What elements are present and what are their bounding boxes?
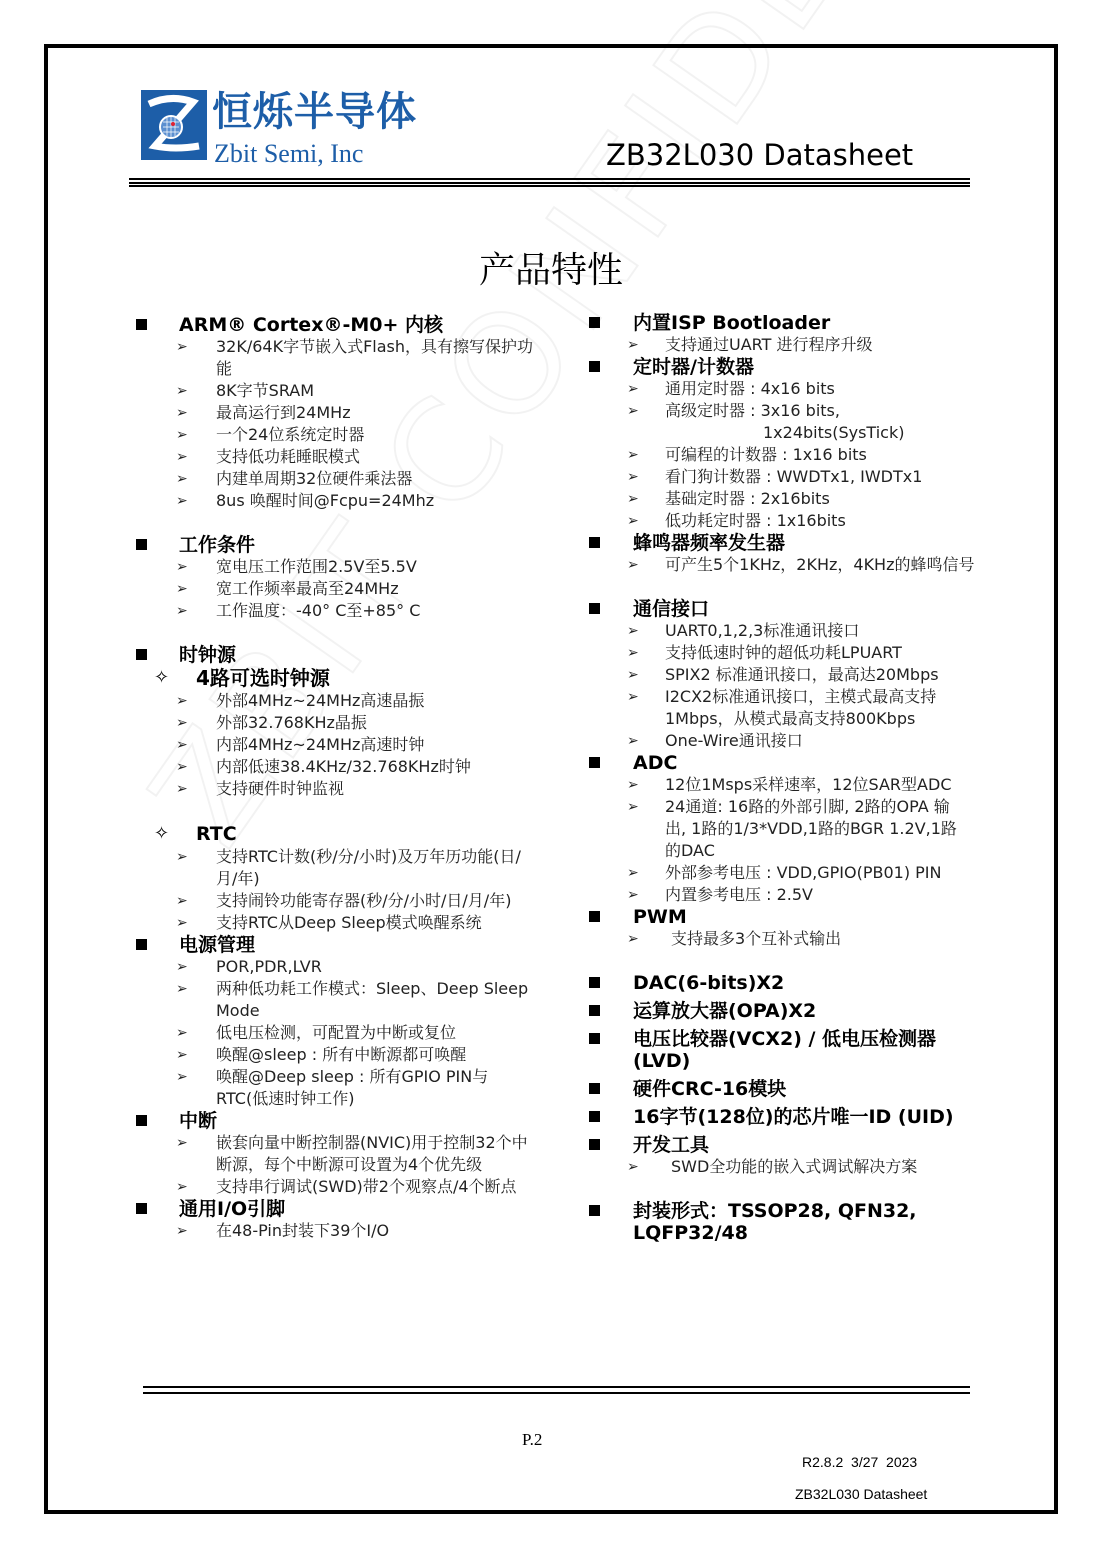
section-title: 电压比较器(VCX2) / 低电压检测器(LVD) (633, 1028, 963, 1072)
list-item: ➢内建单周期32位硬件乘法器 (136, 468, 536, 490)
section-power: 电源管理 ➢POR,PDR,LVR ➢两种低功耗工作模式：Sleep、Deep … (136, 934, 536, 1110)
section-title: 电源管理 (179, 934, 255, 956)
diamond-bullet-icon: ✧ (154, 822, 180, 846)
list-item: ➢一个24位系统定时器 (136, 424, 536, 446)
square-bullet-icon (136, 1203, 147, 1214)
arrow-bullet-icon: ➢ (136, 556, 216, 578)
section-clock: 时钟源 ✧4路可选时钟源 ➢外部4MHz~24MHz高速晶振 ➢外部32.768… (136, 644, 536, 934)
arrow-bullet-icon: ➢ (136, 380, 216, 402)
arrow-bullet-icon: ➢ (589, 444, 665, 466)
square-bullet-icon (589, 537, 600, 548)
list-item: ➢One-Wire通讯接口 (589, 730, 1009, 752)
section-title: ARM® Cortex®-M0+ 内核 (179, 314, 443, 336)
list-item: ➢UART0,1,2,3标准通讯接口 (589, 620, 1009, 642)
square-bullet-icon (589, 1083, 600, 1094)
section-dac: DAC(6-bits)X2 (589, 972, 1009, 994)
arrow-bullet-icon: ➢ (136, 978, 216, 1000)
list-item: ➢支持低速时钟的超低功耗LPUART (589, 642, 1009, 664)
list-item: ➢低电压检测，可配置为中断或复位 (136, 1022, 536, 1044)
list-item: ➢内部低速38.4KHz/32.768KHz时钟 (136, 756, 536, 778)
list-item: ➢可编程的计数器 : 1x16 bits (589, 444, 1009, 466)
square-bullet-icon (136, 1115, 147, 1126)
arrow-bullet-icon: ➢ (136, 956, 216, 978)
brand-name-english: Zbit Semi, Inc (214, 141, 363, 167)
list-item: ➢支持RTC计数(秒/分/小时)及万年历功能(日/月/年) (136, 846, 536, 890)
arrow-bullet-icon: ➢ (589, 334, 665, 356)
square-bullet-icon (589, 977, 600, 988)
square-bullet-icon (589, 361, 600, 372)
arrow-bullet-icon: ➢ (589, 686, 665, 708)
section-title: 封装形式：TSSOP28, QFN32, LQFP32/48 (633, 1200, 933, 1244)
list-item: ➢基础定时器 : 2x16bits (589, 488, 1009, 510)
section-isp: 内置ISP Bootloader ➢支持通过UART 进行程序升级 (589, 312, 1009, 356)
arrow-bullet-icon: ➢ (136, 1132, 216, 1154)
arrow-bullet-icon: ➢ (136, 402, 216, 424)
arrow-bullet-icon: ➢ (136, 600, 216, 622)
subsection-title: 4路可选时钟源 (196, 666, 330, 690)
list-item: ➢支持RTC从Deep Sleep模式唤醒系统 (136, 912, 536, 934)
section-pwm: PWM ➢支持最多3个互补式输出 (589, 906, 1009, 950)
arrow-bullet-icon: ➢ (589, 774, 665, 796)
arrow-bullet-icon: ➢ (136, 1066, 216, 1088)
list-item: ➢最高运行到24MHz (136, 402, 536, 424)
arrow-bullet-icon: ➢ (136, 1220, 216, 1242)
list-item: ➢POR,PDR,LVR (136, 956, 536, 978)
arrow-bullet-icon: ➢ (136, 890, 216, 912)
arrow-bullet-icon: ➢ (136, 690, 216, 712)
arrow-bullet-icon: ➢ (589, 928, 665, 950)
arrow-bullet-icon: ➢ (136, 490, 216, 512)
section-timers: 定时器/计数器 ➢通用定时器 : 4x16 bits ➢高级定时器 : 3x16… (589, 356, 1009, 532)
subsection-title: RTC (196, 822, 237, 846)
diamond-bullet-icon: ✧ (154, 666, 180, 690)
list-item: ➢SWD全功能的嵌入式调试解决方案 (589, 1156, 1009, 1178)
section-buzzer: 蜂鸣器频率发生器 ➢可产生5个1KHz，2KHz，4KHz的蜂鸣信号 (589, 532, 1009, 576)
arrow-bullet-icon: ➢ (589, 466, 665, 488)
list-item: ➢两种低功耗工作模式：Sleep、Deep Sleep Mode (136, 978, 536, 1022)
brand-name-chinese: 恒烁半导体 (212, 92, 417, 132)
section-adc: ADC ➢12位1Msps采样速率，12位SAR型ADC ➢24通道: 16路的… (589, 752, 1009, 906)
square-bullet-icon (589, 603, 600, 614)
section-title: PWM (633, 906, 687, 928)
list-item: ➢嵌套向量中断控制器(NVIC)用于控制32个中断源，每个中断源可设置为4个优先… (136, 1132, 536, 1176)
list-item: ➢唤醒@Deep sleep : 所有GPIO PIN与RTC(低速时钟工作) (136, 1066, 536, 1110)
section-title: 通信接口 (633, 598, 709, 620)
square-bullet-icon (589, 757, 600, 768)
section-communication: 通信接口 ➢UART0,1,2,3标准通讯接口 ➢支持低速时钟的超低功耗LPUA… (589, 598, 1009, 752)
square-bullet-icon (589, 1111, 600, 1122)
section-package: 封装形式：TSSOP28, QFN32, LQFP32/48 (589, 1200, 1009, 1244)
arrow-bullet-icon: ➢ (589, 554, 665, 576)
arrow-bullet-icon: ➢ (136, 1022, 216, 1044)
section-title: 通用I/O引脚 (179, 1198, 285, 1220)
section-core: ARM® Cortex®-M0+ 内核 ➢32K/64K字节嵌入式Flash，具… (136, 314, 536, 512)
section-title: DAC(6-bits)X2 (633, 972, 784, 994)
list-item: ➢高级定时器 : 3x16 bits, (589, 400, 1009, 422)
list-item: ➢外部32.768KHz晶振 (136, 712, 536, 734)
list-item: ➢支持硬件时钟监视 (136, 778, 536, 800)
list-item: ➢在48-Pin封装下39个I/O (136, 1220, 536, 1242)
list-item: ➢SPIX2 标准通讯接口，最高达20Mbps (589, 664, 1009, 686)
section-title: 开发工具 (633, 1134, 709, 1156)
list-item: ➢内置参考电压 : 2.5V (589, 884, 1009, 906)
section-voltage-comparator: 电压比较器(VCX2) / 低电压检测器(LVD) (589, 1028, 1009, 1072)
list-item: ➢看门狗计数器 : WWDTx1, IWDTx1 (589, 466, 1009, 488)
section-uid: 16字节(128位)的芯片唯一ID (UID) (589, 1106, 1009, 1128)
square-bullet-icon (589, 1033, 600, 1044)
list-item: ➢支持串行调试(SWD)带2个观察点/4个断点 (136, 1176, 536, 1198)
section-title: ADC (633, 752, 677, 774)
list-item: ➢外部4MHz~24MHz高速晶振 (136, 690, 536, 712)
list-item: ➢工作温度：-40° C至+85° C (136, 600, 536, 622)
section-title: 16字节(128位)的芯片唯一ID (UID) (633, 1106, 954, 1128)
arrow-bullet-icon: ➢ (136, 578, 216, 600)
square-bullet-icon (136, 649, 147, 660)
left-column: ARM® Cortex®-M0+ 内核 ➢32K/64K字节嵌入式Flash，具… (136, 314, 536, 1242)
footer-divider (143, 1386, 970, 1394)
section-title: 中断 (179, 1110, 217, 1132)
arrow-bullet-icon: ➢ (136, 734, 216, 756)
list-item: ➢支持闹铃功能寄存器(秒/分/小时/日/月/年) (136, 890, 536, 912)
revision-date: R2.8.2 3/27 2023 (802, 1454, 917, 1470)
arrow-bullet-icon: ➢ (589, 400, 665, 422)
section-title: 定时器/计数器 (633, 356, 754, 378)
page-heading: 产品特性 (0, 253, 1102, 289)
list-item: ➢24通道: 16路的外部引脚, 2路的OPA 输出, 1路的1/3*VDD,1… (589, 796, 1009, 862)
list-item: ➢支持最多3个互补式输出 (589, 928, 1009, 950)
arrow-bullet-icon: ➢ (136, 846, 216, 868)
arrow-bullet-icon: ➢ (136, 1044, 216, 1066)
section-title: 时钟源 (179, 644, 236, 666)
document-title: ZB32L030 Datasheet (606, 141, 913, 170)
square-bullet-icon (589, 1139, 600, 1150)
section-interrupt: 中断 ➢嵌套向量中断控制器(NVIC)用于控制32个中断源，每个中断源可设置为4… (136, 1110, 536, 1198)
list-item: ➢低功耗定时器 : 1x16bits (589, 510, 1009, 532)
arrow-bullet-icon: ➢ (589, 796, 665, 818)
section-title: 硬件CRC-16模块 (633, 1078, 786, 1100)
list-item: ➢8us 唤醒时间@Fcpu=24Mhz (136, 490, 536, 512)
arrow-bullet-icon: ➢ (136, 336, 216, 358)
list-item: ➢宽工作频率最高至24MHz (136, 578, 536, 600)
list-item: ➢内部4MHz~24MHz高速时钟 (136, 734, 536, 756)
list-item: ➢I2CX2标准通讯接口，主模式最高支持1Mbps，从模式最高支持800Kbps (589, 686, 1009, 730)
section-conditions: 工作条件 ➢宽电压工作范围2.5V至5.5V ➢宽工作频率最高至24MHz ➢工… (136, 534, 536, 622)
section-crc: 硬件CRC-16模块 (589, 1078, 1009, 1100)
list-item: ➢可产生5个1KHz，2KHz，4KHz的蜂鸣信号 (589, 554, 1009, 576)
arrow-bullet-icon: ➢ (589, 510, 665, 532)
arrow-bullet-icon: ➢ (136, 468, 216, 490)
section-opa: 运算放大器(OPA)X2 (589, 1000, 1009, 1022)
list-item: ➢宽电压工作范围2.5V至5.5V (136, 556, 536, 578)
footer-document-title: ZB32L030 Datasheet (795, 1486, 927, 1502)
section-title: 运算放大器(OPA)X2 (633, 1000, 816, 1022)
arrow-bullet-icon: ➢ (589, 730, 665, 752)
page-number: P.2 (522, 1430, 542, 1450)
list-item: ➢支持低功耗睡眠模式 (136, 446, 536, 468)
zbit-logo-icon (141, 90, 207, 160)
square-bullet-icon (589, 1205, 600, 1216)
square-bullet-icon (589, 317, 600, 328)
list-item: ➢支持通过UART 进行程序升级 (589, 334, 1009, 356)
square-bullet-icon (136, 939, 147, 950)
section-title: 内置ISP Bootloader (633, 312, 830, 334)
arrow-bullet-icon: ➢ (136, 446, 216, 468)
square-bullet-icon (589, 1005, 600, 1016)
arrow-bullet-icon: ➢ (589, 488, 665, 510)
right-column: 内置ISP Bootloader ➢支持通过UART 进行程序升级 定时器/计数… (589, 312, 1009, 1244)
list-item: ➢唤醒@sleep : 所有中断源都可唤醒 (136, 1044, 536, 1066)
section-gpio: 通用I/O引脚 ➢在48-Pin封装下39个I/O (136, 1198, 536, 1242)
arrow-bullet-icon: ➢ (589, 884, 665, 906)
list-item-continuation: 1x24bits(SysTick) (589, 422, 1009, 444)
arrow-bullet-icon: ➢ (589, 862, 665, 884)
arrow-bullet-icon: ➢ (136, 712, 216, 734)
arrow-bullet-icon: ➢ (589, 620, 665, 642)
list-item: ➢外部参考电压 : VDD,GPIO(PB01) PIN (589, 862, 1009, 884)
arrow-bullet-icon: ➢ (136, 424, 216, 446)
list-item: ➢通用定时器 : 4x16 bits (589, 378, 1009, 400)
square-bullet-icon (136, 319, 147, 330)
arrow-bullet-icon: ➢ (136, 778, 216, 800)
square-bullet-icon (136, 539, 147, 550)
arrow-bullet-icon: ➢ (589, 1156, 665, 1178)
list-item: ➢12位1Msps采样速率，12位SAR型ADC (589, 774, 1009, 796)
section-title: 蜂鸣器频率发生器 (633, 532, 785, 554)
header-divider (129, 178, 970, 187)
section-title: 工作条件 (179, 534, 255, 556)
arrow-bullet-icon: ➢ (136, 912, 216, 934)
arrow-bullet-icon: ➢ (589, 664, 665, 686)
list-item: ➢8K字节SRAM (136, 380, 536, 402)
arrow-bullet-icon: ➢ (589, 378, 665, 400)
list-item: ➢32K/64K字节嵌入式Flash，具有擦写保护功能 (136, 336, 536, 380)
square-bullet-icon (589, 911, 600, 922)
section-devtools: 开发工具 ➢SWD全功能的嵌入式调试解决方案 (589, 1134, 1009, 1178)
arrow-bullet-icon: ➢ (136, 756, 216, 778)
arrow-bullet-icon: ➢ (136, 1176, 216, 1198)
arrow-bullet-icon: ➢ (589, 642, 665, 664)
